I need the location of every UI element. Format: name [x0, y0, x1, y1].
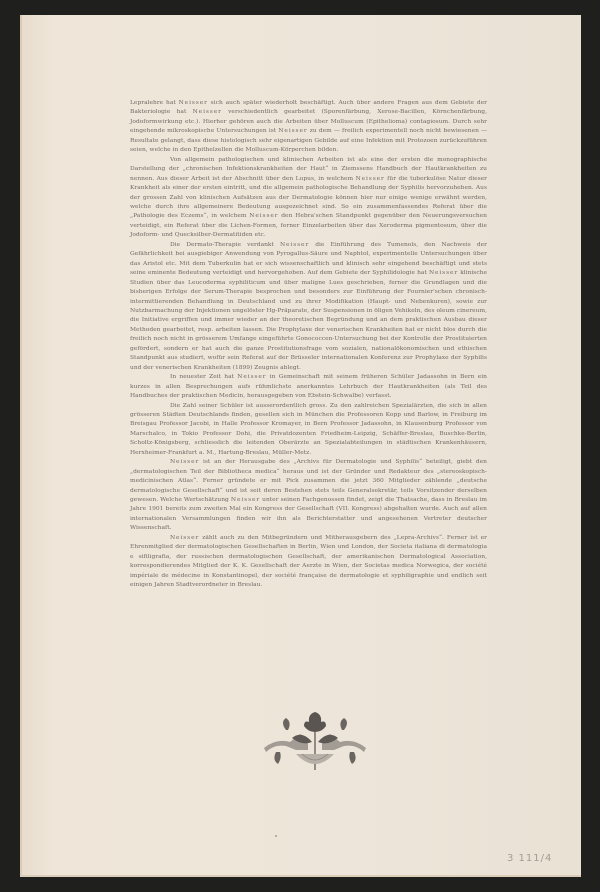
name-emphasis: Neisser	[249, 213, 278, 219]
shelfmark-annotation: 3 111/4	[507, 853, 552, 864]
name-emphasis: Neisser	[193, 109, 222, 115]
paper-fleck	[277, 743, 279, 745]
name-emphasis: Neisser	[231, 497, 260, 503]
name-emphasis: Neisser	[429, 270, 458, 276]
text-run: klinische Studien über das Leucoderma sy…	[130, 270, 487, 371]
name-emphasis: Neisser	[179, 100, 208, 106]
text-run: zählt auch zu den Mitbegründern und Mith…	[130, 535, 487, 588]
paragraph: In neuester Zeit hat Neisser in Gemeinsc…	[130, 373, 487, 401]
paragraph: Neisser zählt auch zu den Mitbegründern …	[130, 534, 487, 591]
document-page: Lepralehre hat Neisser sich auch später …	[20, 15, 581, 877]
text-run: Lepralehre hat	[130, 100, 179, 106]
name-emphasis: Neisser	[170, 459, 199, 465]
name-emphasis: Neisser	[356, 176, 385, 182]
name-emphasis: Neisser	[280, 242, 309, 248]
text-run: In neuester Zeit hat	[170, 374, 237, 380]
floral-ornament-icon	[256, 708, 374, 774]
body-text: Lepralehre hat Neisser sich auch später …	[130, 99, 487, 591]
paragraph: Von allgemein pathologischen und klinisc…	[130, 156, 487, 241]
paragraph: Die Zahl seiner Schüler ist ausserordent…	[130, 402, 487, 459]
text-run: Die Dermato-Therapie verdankt	[170, 242, 280, 248]
paper-fleck	[275, 835, 277, 837]
name-emphasis: Neisser	[278, 128, 307, 134]
paragraph: Neisser ist an der Herausgabe des „Archi…	[130, 458, 487, 534]
paragraph: Die Dermato-Therapie verdankt Neisser di…	[130, 241, 487, 373]
paragraph: Lepralehre hat Neisser sich auch später …	[130, 99, 487, 156]
name-emphasis: Neisser	[237, 374, 266, 380]
name-emphasis: Neisser	[170, 535, 199, 541]
text-run: Die Zahl seiner Schüler ist ausserordent…	[130, 403, 487, 456]
